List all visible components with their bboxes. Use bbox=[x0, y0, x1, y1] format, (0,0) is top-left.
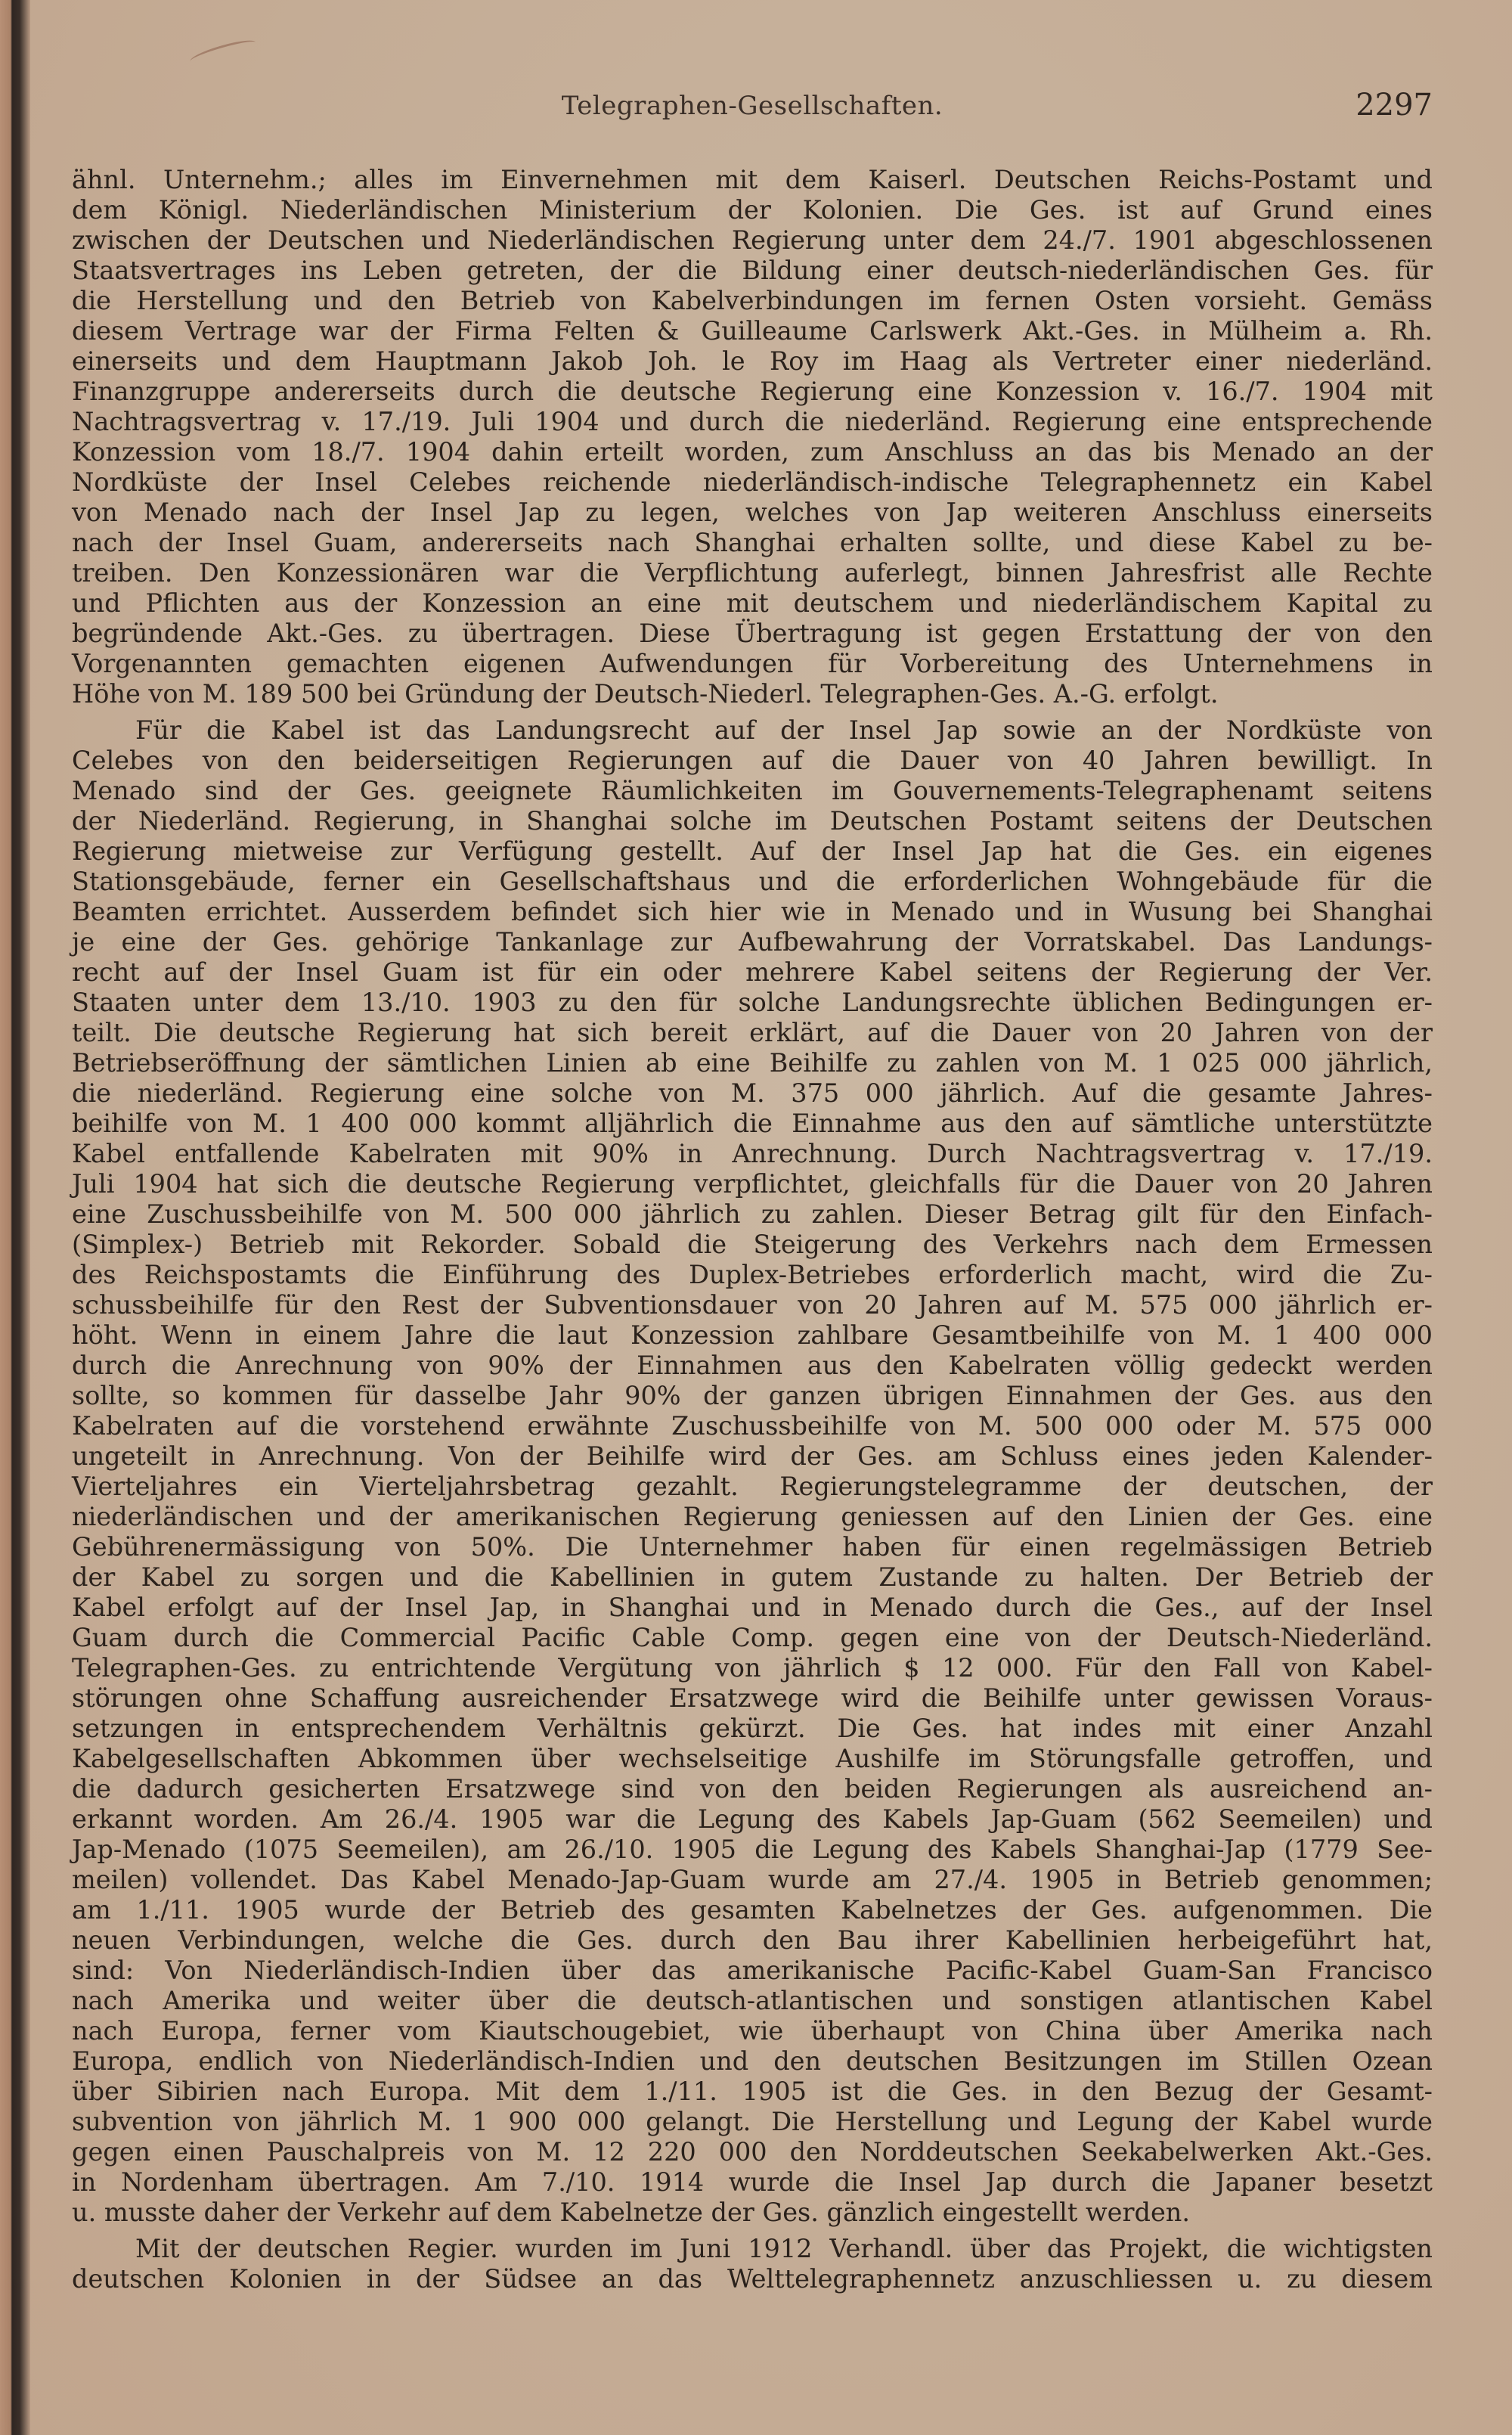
text-line: zwischen der Deutschen und Niederländisc… bbox=[72, 225, 1433, 256]
text-line: Telegraphen-Ges. zu entrichtende Vergütu… bbox=[72, 1653, 1433, 1683]
text-line: Für die Kabel ist das Landungsrecht auf … bbox=[72, 715, 1433, 746]
text-line: eine Zuschussbeihilfe von M. 500 000 jäh… bbox=[72, 1199, 1433, 1230]
paragraph-gap bbox=[72, 2228, 1433, 2234]
text-line: ungeteilt in Anrechnung. Von der Beihilf… bbox=[72, 1441, 1433, 1472]
text-line: schussbeihilfe für den Rest der Subventi… bbox=[72, 1290, 1433, 1320]
text-line: Europa, endlich von Niederländisch-Indie… bbox=[72, 2046, 1433, 2077]
text-line: Kabel erfolgt auf der Insel Jap, in Shan… bbox=[72, 1593, 1433, 1623]
text-line: setzungen in entsprechendem Verhältnis g… bbox=[72, 1714, 1433, 1744]
text-line: Gebührenermässigung von 50%. Die Unterne… bbox=[72, 1532, 1433, 1562]
book-binding-shadow bbox=[0, 0, 30, 2435]
text-line: Kabelgesellschaften Abkommen über wechse… bbox=[72, 1744, 1433, 1774]
paper-stain-mark bbox=[188, 36, 257, 67]
text-line: nach Europa, ferner vom Kiautschougebiet… bbox=[72, 2016, 1433, 2046]
text-line: und Pflichten aus der Konzession an eine… bbox=[72, 588, 1433, 619]
text-line: Kabel entfallende Kabelraten mit 90% in … bbox=[72, 1139, 1433, 1169]
text-line: Höhe von M. 189 500 bei Gründung der Deu… bbox=[72, 679, 1433, 709]
paragraph: Mit der deutschen Regier. wurden im Juni… bbox=[72, 2234, 1433, 2294]
running-head: Telegraphen-Gesellschaften. 2297 bbox=[72, 91, 1433, 129]
text-line: sind: Von Niederländisch-Indien über das… bbox=[72, 1956, 1433, 1986]
text-line: nach der Insel Guam, andererseits nach S… bbox=[72, 528, 1433, 558]
text-line: dem Königl. Niederländischen Ministerium… bbox=[72, 195, 1433, 225]
text-line: Betriebseröffnung der sämtlichen Linien … bbox=[72, 1048, 1433, 1078]
text-line: Vierteljahres ein Vierteljahrsbetrag gez… bbox=[72, 1472, 1433, 1502]
text-line: gegen einen Pauschalpreis von M. 12 220 … bbox=[72, 2137, 1433, 2167]
text-line: Stationsgebäude, ferner ein Gesellschaft… bbox=[72, 867, 1433, 897]
text-line: teilt. Die deutsche Regierung hat sich b… bbox=[72, 1018, 1433, 1048]
text-line: Nordküste der Insel Celebes reichende ni… bbox=[72, 467, 1433, 498]
text-line: recht auf der Insel Guam ist für ein ode… bbox=[72, 957, 1433, 988]
text-line: in Nordenham übertragen. Am 7./10. 1914 … bbox=[72, 2167, 1433, 2198]
text-line: je eine der Ges. gehörige Tankanlage zur… bbox=[72, 927, 1433, 957]
text-line: über Sibirien nach Europa. Mit dem 1./11… bbox=[72, 2077, 1433, 2107]
text-line: treiben. Den Konzessionären war die Verp… bbox=[72, 558, 1433, 588]
text-line: die niederländ. Regierung eine solche vo… bbox=[72, 1078, 1433, 1109]
text-line: am 1./11. 1905 wurde der Betrieb des ges… bbox=[72, 1895, 1433, 1925]
text-line: beihilfe von M. 1 400 000 kommt alljährl… bbox=[72, 1109, 1433, 1139]
text-line: Celebes von den beiderseitigen Regierung… bbox=[72, 746, 1433, 776]
body-text: ähnl. Unternehm.; alles im Einvernehmen … bbox=[72, 165, 1433, 2294]
text-line: nach Amerika und weiter über die deutsch… bbox=[72, 1986, 1433, 2016]
text-line: einerseits und dem Hauptmann Jakob Joh. … bbox=[72, 346, 1433, 377]
text-line: Menado sind der Ges. geeignete Räumlichk… bbox=[72, 776, 1433, 806]
text-line: meilen) vollendet. Das Kabel Menado-Jap-… bbox=[72, 1865, 1433, 1895]
text-line: diesem Vertrage war der Firma Felten & G… bbox=[72, 316, 1433, 346]
text-line: Beamten errichtet. Ausserdem befindet si… bbox=[72, 897, 1433, 927]
running-head-title: Telegraphen-Gesellschaften. bbox=[72, 91, 1433, 121]
text-line: Konzession vom 18./7. 1904 dahin erteilt… bbox=[72, 437, 1433, 467]
text-line: störungen ohne Schaffung ausreichender E… bbox=[72, 1683, 1433, 1714]
paragraph-gap bbox=[72, 709, 1433, 715]
paragraph: ähnl. Unternehm.; alles im Einvernehmen … bbox=[72, 165, 1433, 709]
text-line: Vorgenannten gemachten eigenen Aufwendun… bbox=[72, 649, 1433, 679]
text-line: von Menado nach der Insel Jap zu legen, … bbox=[72, 498, 1433, 528]
text-line: begründende Akt.-Ges. zu übertragen. Die… bbox=[72, 619, 1433, 649]
text-line: Guam durch die Commercial Pacific Cable … bbox=[72, 1623, 1433, 1653]
text-line: durch die Anrechnung von 90% der Einnahm… bbox=[72, 1351, 1433, 1381]
text-line: Juli 1904 hat sich die deutsche Regierun… bbox=[72, 1169, 1433, 1199]
text-line: Mit der deutschen Regier. wurden im Juni… bbox=[72, 2234, 1433, 2264]
text-line: Regierung mietweise zur Verfügung gestel… bbox=[72, 836, 1433, 867]
text-line: des Reichspostamts die Einführung des Du… bbox=[72, 1260, 1433, 1290]
text-line: Staatsvertrages ins Leben getreten, der … bbox=[72, 256, 1433, 286]
text-line: u. musste daher der Verkehr auf dem Kabe… bbox=[72, 2198, 1433, 2228]
text-line: neuen Verbindungen, welche die Ges. durc… bbox=[72, 1925, 1433, 1956]
text-line: subvention von jährlich M. 1 900 000 gel… bbox=[72, 2107, 1433, 2137]
text-line: ähnl. Unternehm.; alles im Einvernehmen … bbox=[72, 165, 1433, 195]
text-line: der Kabel zu sorgen und die Kabellinien … bbox=[72, 1562, 1433, 1593]
text-line: sollte, so kommen für dasselbe Jahr 90% … bbox=[72, 1381, 1433, 1411]
text-line: die dadurch gesicherten Ersatzwege sind … bbox=[72, 1774, 1433, 1804]
text-line: Jap-Menado (1075 Seemeilen), am 26./10. … bbox=[72, 1835, 1433, 1865]
text-line: deutschen Kolonien in der Südsee an das … bbox=[72, 2264, 1433, 2294]
text-line: Kabelraten auf die vorstehend erwähnte Z… bbox=[72, 1411, 1433, 1441]
text-line: Staaten unter dem 13./10. 1903 zu den fü… bbox=[72, 988, 1433, 1018]
text-line: die Herstellung und den Betrieb von Kabe… bbox=[72, 286, 1433, 316]
text-line: niederländischen und der amerikanischen … bbox=[72, 1502, 1433, 1532]
page-number: 2297 bbox=[1356, 88, 1433, 123]
text-line: Finanzgruppe andererseits durch die deut… bbox=[72, 377, 1433, 407]
paragraph: Für die Kabel ist das Landungsrecht auf … bbox=[72, 715, 1433, 2228]
text-line: (Simplex-) Betrieb mit Rekorder. Sobald … bbox=[72, 1230, 1433, 1260]
text-line: höht. Wenn in einem Jahre die laut Konze… bbox=[72, 1320, 1433, 1351]
text-line: Nachtragsvertrag v. 17./19. Juli 1904 un… bbox=[72, 407, 1433, 437]
text-line: erkannt worden. Am 26./4. 1905 war die L… bbox=[72, 1804, 1433, 1835]
text-line: der Niederländ. Regierung, in Shanghai s… bbox=[72, 806, 1433, 836]
